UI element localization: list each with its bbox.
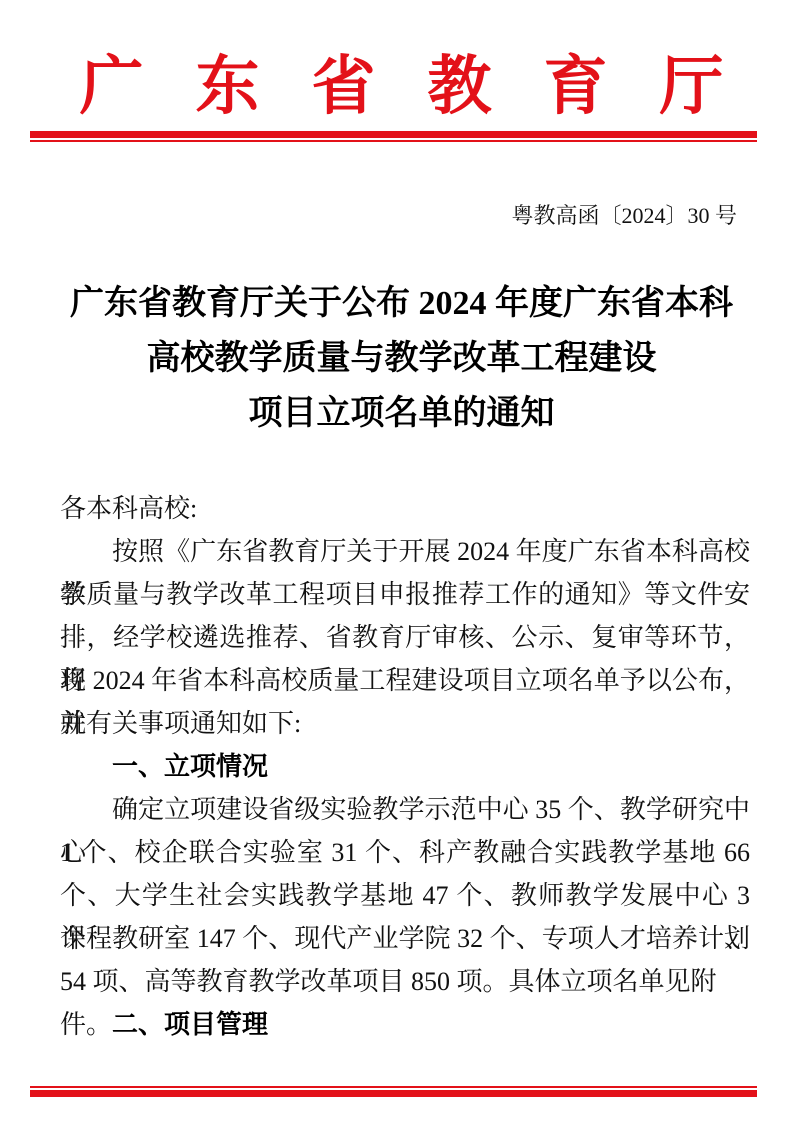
section-heading-project-management: 二、项目管理 [60, 1003, 750, 1046]
body-line: 课程教研室 147 个、现代产业学院 32 个、专项人才培养计划 [60, 917, 750, 960]
document-title-line-1: 广东省教育厅关于公布 2024 年度广东省本科 [0, 276, 803, 331]
header-divider [30, 131, 757, 142]
document-number: 粤教高函〔2024〕30 号 [0, 200, 803, 232]
body-line: 个、大学生社会实践教学基地 47 个、教师教学发展中心 3 个、 [60, 874, 750, 917]
body-line: 确定立项建设省级实验教学示范中心 35 个、教学研究中心 [60, 788, 750, 831]
document-page: 广东省教育厅 粤教高函〔2024〕30 号 广东省教育厅关于公布 2024 年度… [0, 0, 803, 1139]
document-title-line-2: 高校教学质量与教学改革工程建设 [0, 331, 803, 386]
agency-name: 广东省教育厅 [0, 0, 803, 128]
body-line: 学质量与教学改革工程项目申报推荐工作的通知》等文件安 [60, 573, 750, 616]
document-body: 各本科高校: 按照《广东省教育厅关于开展 2024 年度广东省本科高校教 学质量… [60, 487, 750, 1046]
section-heading-project-approval: 一、立项情况 [60, 745, 750, 788]
body-line: 就有关事项通知如下: [60, 702, 750, 745]
salutation: 各本科高校: [60, 487, 750, 530]
body-line: 1 个、校企联合实验室 31 个、科产教融合实践教学基地 66 [60, 831, 750, 874]
body-line: 排，经学校遴选推荐、省教育厅审核、公示、复审等环节，现 [60, 616, 750, 659]
body-line: 按照《广东省教育厅关于开展 2024 年度广东省本科高校教 [60, 530, 750, 573]
document-title-line-3: 项目立项名单的通知 [0, 386, 803, 441]
footer-divider [30, 1086, 757, 1097]
document-title: 广东省教育厅关于公布 2024 年度广东省本科 高校教学质量与教学改革工程建设 … [0, 276, 803, 441]
body-line: 54 项、高等教育教学改革项目 850 项。具体立项名单见附件。 [60, 960, 750, 1003]
body-line: 将 2024 年省本科高校质量工程建设项目立项名单予以公布，并 [60, 659, 750, 702]
